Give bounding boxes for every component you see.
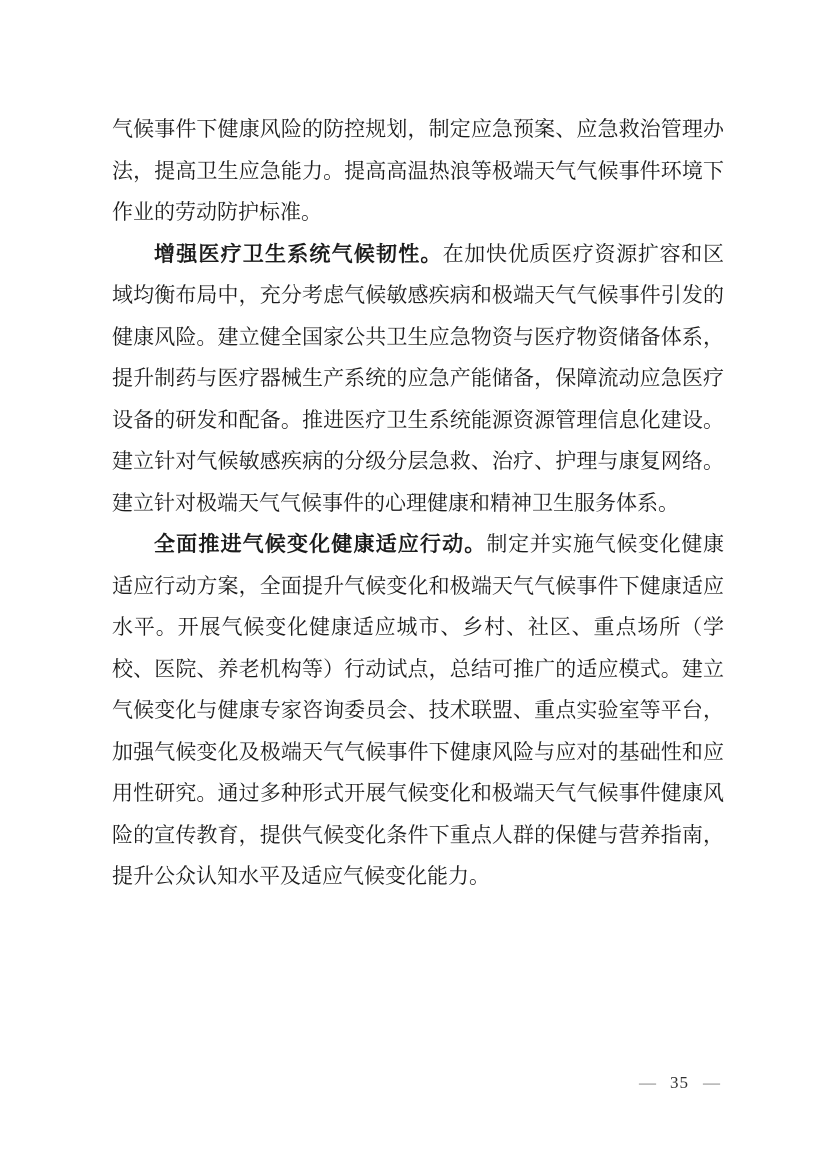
paragraph-text: 制定并实施气候变化健康适应行动方案，全面提升气候变化和极端天气气候事件下健康适应… (112, 532, 724, 888)
paragraph-lead-bold: 增强医疗卫生系统气候韧性。 (154, 243, 443, 266)
paragraph-health-adaptation-action: 全面推进气候变化健康适应行动。制定并实施气候变化健康适应行动方案，全面提升气候变… (112, 524, 724, 898)
footer-left-dash: — (639, 1070, 656, 1096)
page-footer: —35— (639, 1070, 720, 1096)
paragraph-lead-bold: 全面推进气候变化健康适应行动。 (154, 533, 486, 556)
document-body: 气候事件下健康风险的防控规划，制定应急预案、应急救治管理办法，提高卫生应急能力。… (112, 109, 724, 898)
document-page: 气候事件下健康风险的防控规划，制定应急预案、应急救治管理办法，提高卫生应急能力。… (0, 0, 826, 1169)
paragraph-text: 气候事件下健康风险的防控规划，制定应急预案、应急救治管理办法，提高卫生应急能力。… (112, 117, 724, 224)
paragraph-continuation: 气候事件下健康风险的防控规划，制定应急预案、应急救治管理办法，提高卫生应急能力。… (112, 109, 724, 234)
footer-right-dash: — (703, 1070, 720, 1096)
page-number: 35 (670, 1070, 689, 1096)
paragraph-text: 在加快优质医疗资源扩容和区域均衡布局中，充分考虑气候敏感疾病和极端天气气候事件引… (112, 242, 724, 515)
paragraph-medical-system-resilience: 增强医疗卫生系统气候韧性。在加快优质医疗资源扩容和区域均衡布局中，充分考虑气候敏… (112, 234, 724, 525)
